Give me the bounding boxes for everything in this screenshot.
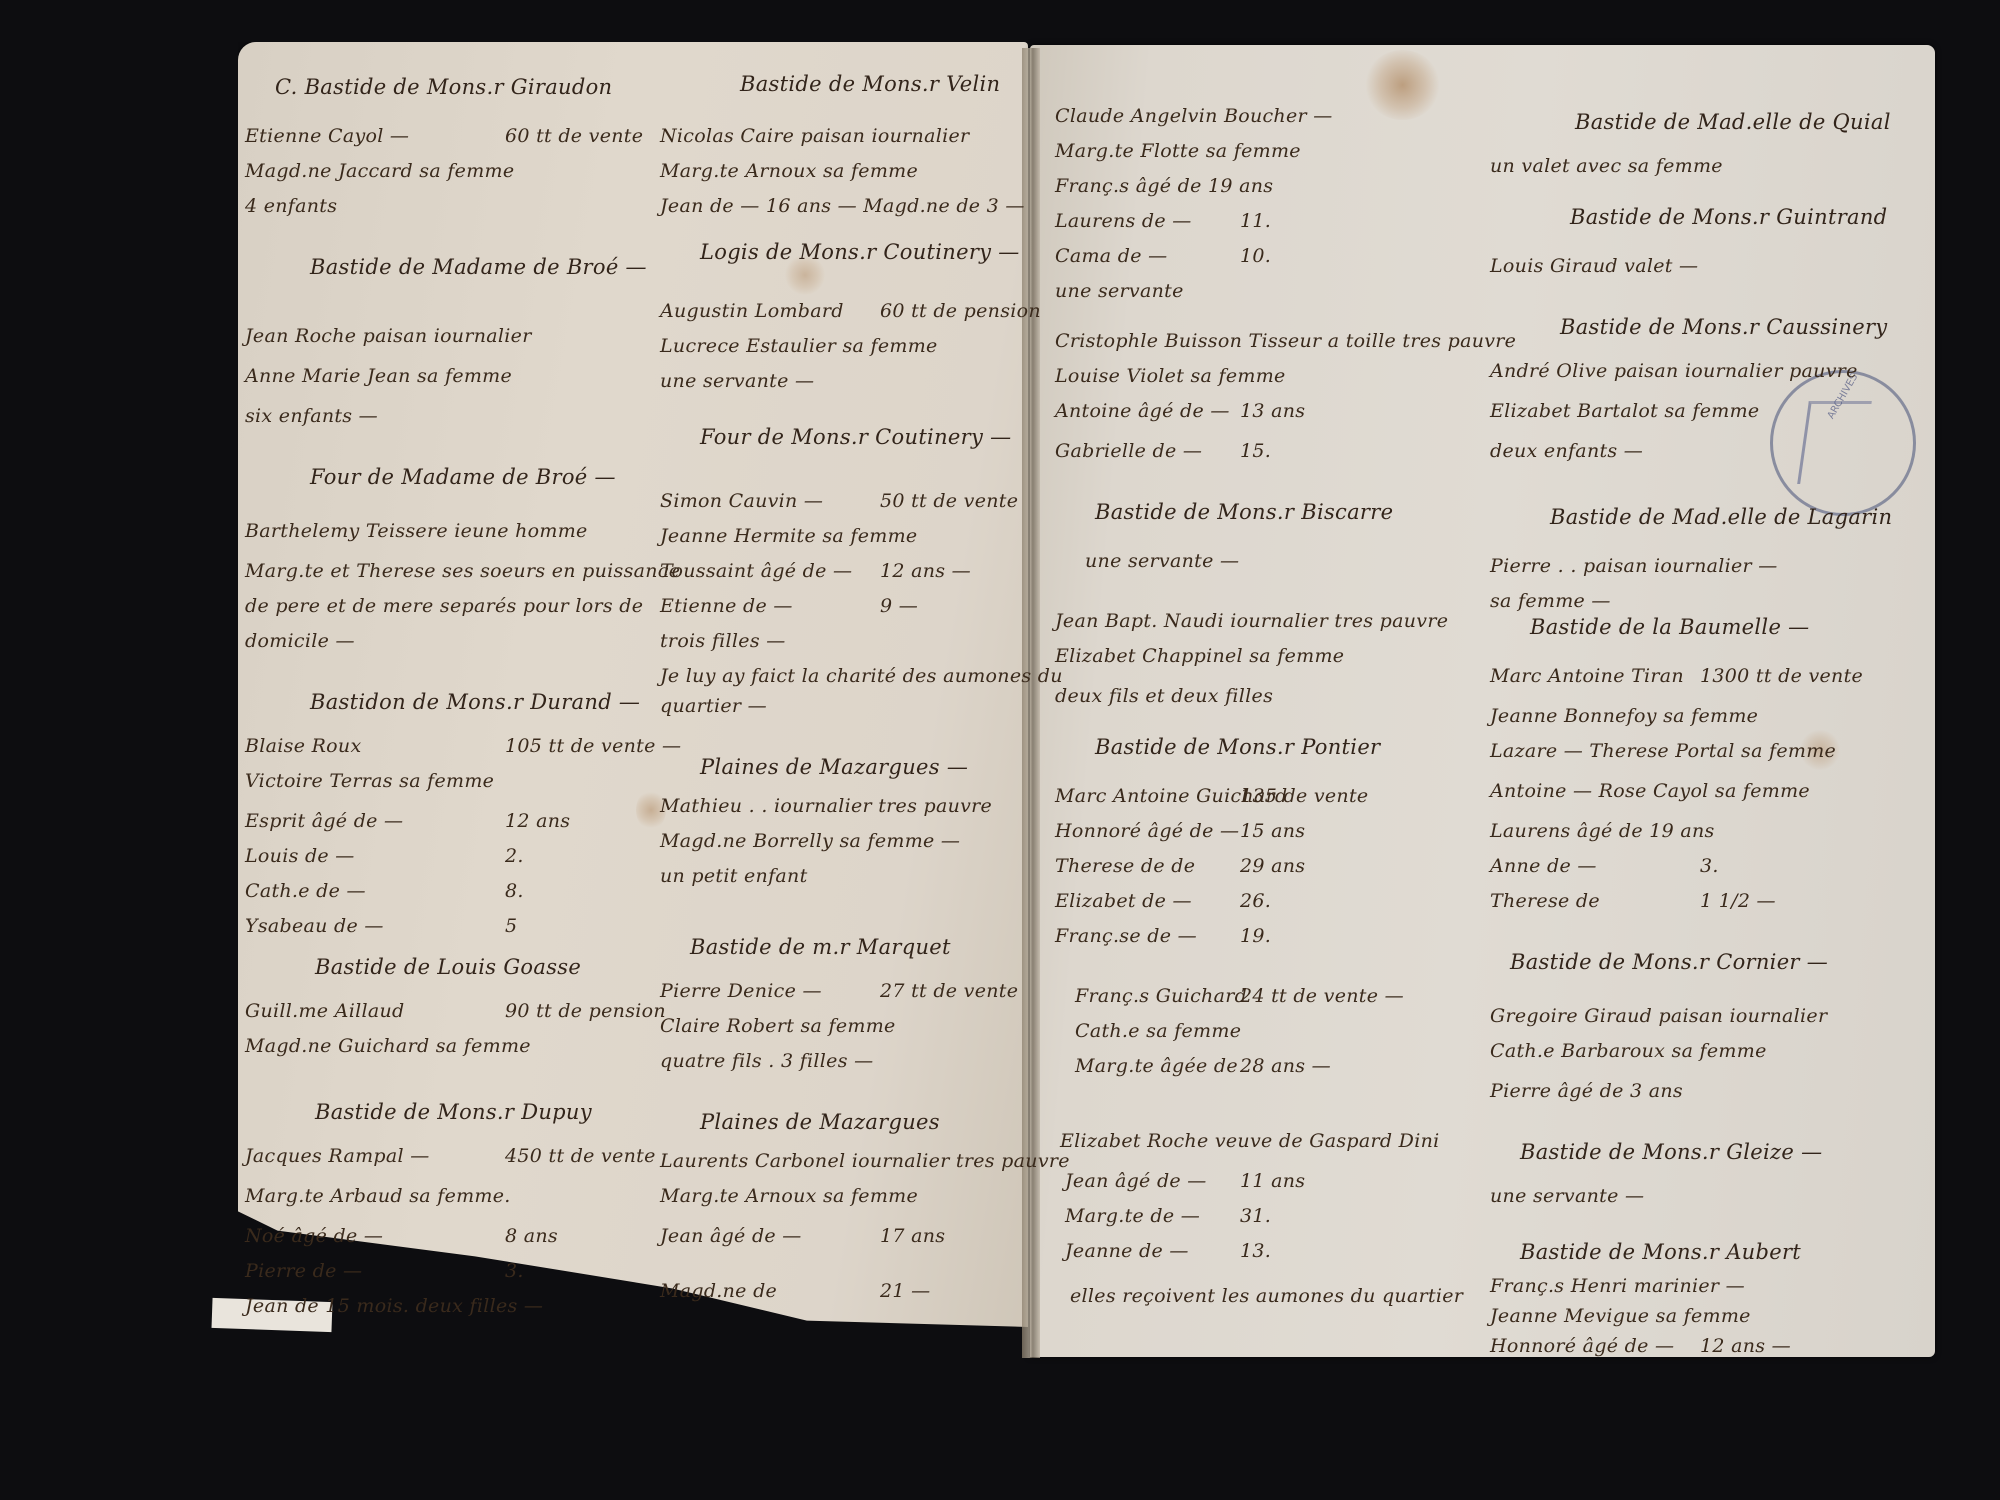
entry-value: 135 de vente [1240,785,1368,807]
entry-line: Elizabet Bartalot sa femme [1490,400,1759,422]
entry-text: Marg.te Arbaud sa femme. [245,1185,511,1207]
entry-line: Marg.te Arnoux sa femme [660,1185,918,1207]
entry-text: Franç.s âgé de 19 ans [1055,175,1273,197]
entry-line: Marg.te Flotte sa femme [1055,140,1301,162]
entry-text: C. Bastide de Mons.r Giraudon [275,75,612,99]
entry-text: Marg.te âgée de [1075,1055,1238,1077]
entry-text: Gregoire Giraud paisan iournalier [1490,1005,1827,1027]
entry-text: Laurents Carbonel iournalier tres pauvre [660,1150,1070,1172]
entry-line: Magd.ne Borrelly sa femme — [660,830,960,852]
entry-line: domicile — [245,630,355,652]
entry-text: Gabrielle de — [1055,440,1202,462]
entry-text: Bastide de Mons.r Dupuy [315,1100,592,1124]
entry-text: Four de Mons.r Coutinery — [700,425,1011,449]
entry-line: Augustin Lombard [660,300,844,322]
entry-text: Therese de de [1055,855,1195,877]
entry-value: 17 ans [880,1225,945,1247]
entry-text: six enfants — [245,405,378,427]
entry-text: trois filles — [660,630,786,652]
entry-line: Blaise Roux [245,735,361,757]
entry-text: Elizabet de — [1055,890,1192,912]
entry-line: Honnoré âgé de — [1055,820,1239,842]
entry-text: deux fils et deux filles [1055,685,1273,707]
entry-line: Marg.te de — [1065,1205,1200,1227]
entry-line: quatre fils . 3 filles — [660,1050,873,1072]
entry-line: Elizabet de — [1055,890,1192,912]
entry-text: de pere et de mere separés pour lors de [245,595,643,617]
entry-text: Bastide de Madame de Broé — [310,255,647,279]
entry-line: Mathieu . . iournalier tres pauvre [660,795,992,817]
entry-text: Anne de — [1490,855,1597,877]
section-heading: C. Bastide de Mons.r Giraudon [275,75,612,99]
entry-text: Blaise Roux [245,735,361,757]
entry-line: Toussaint âgé de — [660,560,852,582]
entry-line: 4 enfants [245,195,337,217]
entry-text: Jeanne de — [1065,1240,1189,1262]
entry-line: sa femme — [1490,590,1611,612]
entry-value: 10. [1240,245,1271,267]
entry-text: Barthelemy Teissere ieune homme [245,520,588,542]
section-heading: Bastide de Mons.r Aubert [1520,1240,1801,1264]
section-heading: Bastide de Mons.r Dupuy [315,1100,592,1124]
entry-text: Four de Madame de Broé — [310,465,616,489]
entry-value: 8 ans [505,1225,558,1247]
entry-line: Lazare — Therese Portal sa femme [1490,740,1836,762]
entry-text: Elizabet Roche veuve de Gaspard Dini [1060,1130,1439,1152]
section-heading: Bastide de Madame de Broé — [310,255,647,279]
entry-text: Franç.s Henri marinier — [1490,1275,1745,1297]
entry-line: Louise Violet sa femme [1055,365,1286,387]
entry-value: 60 tt de pension [880,300,1041,322]
entry-line: Gabrielle de — [1055,440,1202,462]
entry-text: Bastide de Mons.r Cornier — [1510,950,1828,974]
entry-text: Louise Violet sa femme [1055,365,1286,387]
section-heading: Bastide de Mons.r Guintrand [1570,205,1887,229]
entry-line: Louis de — [245,845,355,867]
entry-value: 1 1/2 — [1700,890,1776,912]
entry-text: Jean Bapt. Naudi iournalier tres pauvre [1055,610,1448,632]
entry-text: Cath.e Barbaroux sa femme [1490,1040,1767,1062]
entry-value: 15 ans [1240,820,1305,842]
entry-text: Bastide de Mons.r Pontier [1095,735,1380,759]
entry-line: une servante — [1085,550,1239,572]
entry-text: Franç.se de — [1055,925,1197,947]
entry-line: Cath.e Barbaroux sa femme [1490,1040,1767,1062]
entry-text: Nicolas Caire paisan iournalier [660,125,969,147]
entry-text: une servante — [660,370,814,392]
entry-line: quartier — [660,695,767,717]
entry-text: Bastide de Mons.r Biscarre [1095,500,1393,524]
entry-value: 60 tt de vente [505,125,643,147]
entry-text: Therese de [1490,890,1600,912]
entry-line: Esprit âgé de — [245,810,403,832]
entry-text: Logis de Mons.r Coutinery — [700,240,1020,264]
entry-value: 29 ans [1240,855,1305,877]
entry-text: Antoine — Rose Cayol sa femme [1490,780,1810,802]
entry-text: Marg.te et Therese ses soeurs en puissan… [245,560,680,582]
entry-line: Jean Bapt. Naudi iournalier tres pauvre [1055,610,1448,632]
entry-text: Jean Roche paisan iournalier [245,325,532,347]
entry-value: 3. [1700,855,1719,877]
entry-text: Honnoré âgé de — [1490,1335,1674,1357]
entry-line: Therese de de [1055,855,1195,877]
entry-line: Laurents Carbonel iournalier tres pauvre [660,1150,1070,1172]
entry-value: 12 ans — [1700,1335,1791,1357]
entry-line: Elizabet Chappinel sa femme [1055,645,1344,667]
entry-line: Magd.ne Jaccard sa femme [245,160,514,182]
section-heading: Bastide de m.r Marquet [690,935,951,959]
entry-text: Bastide de Mons.r Caussinery [1560,315,1887,339]
entry-text: un valet avec sa femme [1490,155,1723,177]
entry-text: Marc Antoine Tiran [1490,665,1684,687]
entry-line: Jean de 15 mois. deux filles — [245,1295,543,1317]
entry-line: Ysabeau de — [245,915,384,937]
entry-text: Marg.te de — [1065,1205,1200,1227]
entry-text: Jean de 15 mois. deux filles — [245,1295,543,1317]
entry-text: Magd.ne Jaccard sa femme [245,160,514,182]
entry-text: deux enfants — [1490,440,1643,462]
entry-line: Jeanne Mevigue sa femme [1490,1305,1751,1327]
entry-line: Pierre Denice — [660,980,822,1002]
entry-text: Simon Cauvin — [660,490,823,512]
entry-value: 27 tt de vente [880,980,1018,1002]
entry-line: Marg.te âgée de [1075,1055,1238,1077]
section-heading: Four de Mons.r Coutinery — [700,425,1011,449]
entry-text: Jeanne Mevigue sa femme [1490,1305,1751,1327]
entry-text: Bastide de Mons.r Gleize — [1520,1140,1822,1164]
entry-line: Jeanne Hermite sa femme [660,525,917,547]
section-heading: Bastide de Mad.elle de Quial [1575,110,1891,134]
entry-text: elles reçoivent les aumones du quartier [1070,1285,1463,1307]
section-heading: Logis de Mons.r Coutinery — [700,240,1020,264]
section-heading: Bastide de Mons.r Cornier — [1510,950,1828,974]
entry-line: Anne Marie Jean sa femme [245,365,512,387]
section-heading: Bastide de Mad.elle de Lagarin [1550,505,1892,529]
entry-value: 28 ans — [1240,1055,1331,1077]
entry-line: Jean Roche paisan iournalier [245,325,532,347]
entry-text: quatre fils . 3 filles — [660,1050,873,1072]
entry-text: Lucrece Estaulier sa femme [660,335,938,357]
entry-text: Etienne Cayol — [245,125,409,147]
entry-value: 11 ans [1240,1170,1305,1192]
entry-value: 12 ans — [880,560,971,582]
entry-line: Elizabet Roche veuve de Gaspard Dini [1060,1130,1439,1152]
entry-line: Cristophle Buisson Tisseur a toille tres… [1055,330,1516,352]
section-heading: Bastide de Mons.r Gleize — [1520,1140,1822,1164]
entry-line: Jacques Rampal — [245,1145,430,1167]
entry-line: une servante [1055,280,1184,302]
entry-value: 105 tt de vente — [505,735,681,757]
entry-text: Franç.s Guichard [1075,985,1247,1007]
entry-text: Bastide de Mad.elle de Quial [1575,110,1891,134]
entry-text: Marg.te Arnoux sa femme [660,1185,918,1207]
entry-text: Noé âgé de — [245,1225,383,1247]
entry-text: Pierre . . paisan iournalier — [1490,555,1778,577]
entry-text: Je luy ay faict la charité des aumones d… [660,665,1063,687]
entry-text: sa femme — [1490,590,1611,612]
archive-stamp: ARCHIVES [1770,370,1916,516]
entry-line: Franç.s Guichard [1075,985,1247,1007]
entry-value: 1300 tt de vente [1700,665,1863,687]
entry-value: 15. [1240,440,1271,462]
section-heading: Bastide de Mons.r Biscarre [1095,500,1393,524]
entry-text: Pierre de — [245,1260,362,1282]
entry-line: Therese de [1490,890,1600,912]
entry-text: Anne Marie Jean sa femme [245,365,512,387]
entry-text: Bastide de Mons.r Guintrand [1570,205,1887,229]
entry-text: Jean de — 16 ans — Magd.ne de 3 — [660,195,1025,217]
entry-value: 90 tt de pension [505,1000,666,1022]
entry-line: Franç.se de — [1055,925,1197,947]
entry-text: Bastide de la Baumelle — [1530,615,1809,639]
entry-text: Pierre Denice — [660,980,822,1002]
entry-line: deux enfants — [1490,440,1643,462]
entry-text: Mathieu . . iournalier tres pauvre [660,795,992,817]
entry-line: Antoine — Rose Cayol sa femme [1490,780,1810,802]
section-heading: Four de Madame de Broé — [310,465,616,489]
ink-stain [1365,50,1440,120]
entry-text: Victoire Terras sa femme [245,770,494,792]
entry-value: 13 ans [1240,400,1305,422]
entry-text: Pierre âgé de 3 ans [1490,1080,1683,1102]
entry-text: Ysabeau de — [245,915,384,937]
entry-line: un valet avec sa femme [1490,155,1723,177]
section-heading: Plaines de Mazargues [700,1110,940,1134]
entry-text: domicile — [245,630,355,652]
entry-text: Laurens âgé de 19 ans [1490,820,1715,842]
entry-text: Jeanne Bonnefoy sa femme [1490,705,1758,727]
entry-text: une servante — [1490,1185,1644,1207]
entry-value: 13. [1240,1240,1271,1262]
entry-text: une servante — [1085,550,1239,572]
entry-value: 31. [1240,1205,1271,1227]
entry-text: une servante [1055,280,1184,302]
entry-line: Jean âgé de — [660,1225,802,1247]
entry-line: Antoine âgé de — [1055,400,1230,422]
entry-text: Jean âgé de — [1065,1170,1207,1192]
entry-line: Nicolas Caire paisan iournalier [660,125,969,147]
entry-text: Cama de — [1055,245,1167,267]
entry-value: 26. [1240,890,1271,912]
entry-text: Laurens de — [1055,210,1192,232]
entry-line: Jean âgé de — [1065,1170,1207,1192]
section-heading: Bastide de Louis Goasse [315,955,581,979]
entry-text: Esprit âgé de — [245,810,403,832]
entry-line: elles reçoivent les aumones du quartier [1070,1285,1463,1307]
entry-text: Bastide de Mons.r Aubert [1520,1240,1801,1264]
entry-text: Magd.ne Guichard sa femme [245,1035,531,1057]
entry-text: Jean âgé de — [660,1225,802,1247]
entry-text: Louis de — [245,845,355,867]
entry-line: Jeanne Bonnefoy sa femme [1490,705,1758,727]
entry-value: 3. [505,1260,524,1282]
entry-value: 11. [1240,210,1271,232]
entry-value: 8. [505,880,524,902]
entry-text: Claire Robert sa femme [660,1015,896,1037]
entry-line: Victoire Terras sa femme [245,770,494,792]
entry-text: Bastide de Mons.r Velin [740,72,1000,96]
entry-line: Marg.te Arbaud sa femme. [245,1185,511,1207]
entry-line: Lucrece Estaulier sa femme [660,335,938,357]
entry-line: Claire Robert sa femme [660,1015,896,1037]
entry-text: Marg.te Flotte sa femme [1055,140,1301,162]
entry-text: Augustin Lombard [660,300,844,322]
entry-text: Bastide de Louis Goasse [315,955,581,979]
entry-line: Honnoré âgé de — [1490,1335,1674,1357]
entry-line: Pierre de — [245,1260,362,1282]
section-heading: Bastide de Mons.r Pontier [1095,735,1380,759]
entry-text: un petit enfant [660,865,808,887]
entry-text: Cristophle Buisson Tisseur a toille tres… [1055,330,1516,352]
section-heading: Plaines de Mazargues — [700,755,968,779]
entry-line: Pierre âgé de 3 ans [1490,1080,1683,1102]
entry-text: quartier — [660,695,767,717]
entry-line: Gregoire Giraud paisan iournalier [1490,1005,1827,1027]
entry-text: Antoine âgé de — [1055,400,1230,422]
entry-line: Magd.ne Guichard sa femme [245,1035,531,1057]
entry-text: Honnoré âgé de — [1055,820,1239,842]
entry-value: 5 [505,915,517,937]
entry-line: Franç.s Henri marinier — [1490,1275,1745,1297]
entry-line: Etienne Cayol — [245,125,409,147]
entry-text: Claude Angelvin Boucher — [1055,105,1333,127]
entry-value: 24 tt de vente — [1240,985,1404,1007]
entry-line: Magd.ne de [660,1280,777,1302]
section-heading: Bastide de Mons.r Velin [740,72,1000,96]
entry-line: Je luy ay faict la charité des aumones d… [660,665,1063,687]
entry-text: Lazare — Therese Portal sa femme [1490,740,1836,762]
entry-text: Magd.ne de [660,1280,777,1302]
entry-line: Laurens âgé de 19 ans [1490,820,1715,842]
entry-text: Elizabet Chappinel sa femme [1055,645,1344,667]
entry-text: Bastidon de Mons.r Durand — [310,690,640,714]
entry-text: Cath.e de — [245,880,366,902]
entry-line: André Olive paisan iournalier pauvre [1490,360,1858,382]
entry-line: deux fils et deux filles [1055,685,1273,707]
entry-line: six enfants — [245,405,378,427]
entry-value: 12 ans [505,810,570,832]
entry-text: Etienne de — [660,595,793,617]
entry-line: Claude Angelvin Boucher — [1055,105,1333,127]
entry-text: Jacques Rampal — [245,1145,430,1167]
entry-text: Marg.te Arnoux sa femme [660,160,918,182]
entry-line: un petit enfant [660,865,808,887]
entry-line: Cama de — [1055,245,1167,267]
entry-value: 21 — [880,1280,930,1302]
entry-line: Marc Antoine Tiran [1490,665,1684,687]
entry-line: une servante — [660,370,814,392]
entry-line: Simon Cauvin — [660,490,823,512]
entry-value: 450 tt de vente [505,1145,656,1167]
entry-text: Plaines de Mazargues — [700,755,968,779]
entry-line: de pere et de mere separés pour lors de [245,595,643,617]
entry-line: Jean de — 16 ans — Magd.ne de 3 — [660,195,1025,217]
entry-value: 9 — [880,595,918,617]
entry-line: Pierre . . paisan iournalier — [1490,555,1778,577]
entry-text: Louis Giraud valet — [1490,255,1698,277]
section-heading: Bastidon de Mons.r Durand — [310,690,640,714]
entry-text: Jeanne Hermite sa femme [660,525,917,547]
entry-text: Guill.me Aillaud [245,1000,404,1022]
entry-text: 4 enfants [245,195,337,217]
entry-line: Guill.me Aillaud [245,1000,404,1022]
entry-line: Jeanne de — [1065,1240,1189,1262]
entry-line: Noé âgé de — [245,1225,383,1247]
entry-line: Marg.te Arnoux sa femme [660,160,918,182]
section-heading: Bastide de Mons.r Caussinery [1560,315,1887,339]
entry-text: Magd.ne Borrelly sa femme — [660,830,960,852]
entry-line: Barthelemy Teissere ieune homme [245,520,588,542]
entry-line: Anne de — [1490,855,1597,877]
entry-text: Elizabet Bartalot sa femme [1490,400,1759,422]
entry-value: 50 tt de vente [880,490,1018,512]
entry-line: Cath.e sa femme [1075,1020,1241,1042]
section-heading: Bastide de la Baumelle — [1530,615,1809,639]
entry-text: Cath.e sa femme [1075,1020,1241,1042]
entry-text: Toussaint âgé de — [660,560,852,582]
entry-text: Bastide de Mad.elle de Lagarin [1550,505,1892,529]
entry-line: Marg.te et Therese ses soeurs en puissan… [245,560,680,582]
entry-value: 2. [505,845,524,867]
entry-line: Laurens de — [1055,210,1192,232]
entry-line: Louis Giraud valet — [1490,255,1698,277]
entry-line: trois filles — [660,630,786,652]
entry-line: une servante — [1490,1185,1644,1207]
entry-line: Cath.e de — [245,880,366,902]
entry-line: Franç.s âgé de 19 ans [1055,175,1273,197]
entry-text: Plaines de Mazargues [700,1110,940,1134]
entry-text: Bastide de m.r Marquet [690,935,951,959]
entry-text: André Olive paisan iournalier pauvre [1490,360,1858,382]
entry-line: Etienne de — [660,595,793,617]
entry-value: 19. [1240,925,1271,947]
